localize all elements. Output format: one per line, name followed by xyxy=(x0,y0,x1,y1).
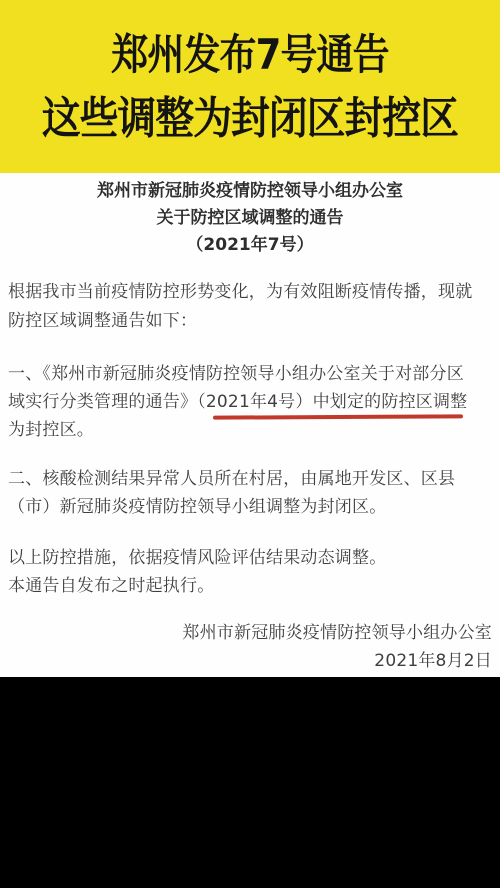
headline-line-2: 这些调整为封闭区封控区 xyxy=(30,93,470,145)
body-item1-line-1: 一、《郑州市新冠肺炎疫情防控领导小组办公室关于对部分区 xyxy=(8,363,464,385)
doc-header-org: 郑州市新冠肺炎疫情防控领导小组办公室 xyxy=(0,180,500,202)
body-intro-line-2: 防控区域调整通告如下： xyxy=(8,310,197,332)
black-footer-section xyxy=(0,677,500,888)
body-intro-line-1: 根据我市当前疫情防控形势变化，为有效阻断疫情传播，现就 xyxy=(8,281,472,303)
yellow-banner-section xyxy=(0,0,500,173)
doc-header-number: （2021年7号） xyxy=(0,234,500,256)
body-item2-line-1: 二、核酸检测结果异常人员所在村居，由属地开发区、区县 xyxy=(8,468,455,490)
body-item1-line-3: 为封控区。 xyxy=(8,419,94,441)
signature-org: 郑州市新冠肺炎疫情防控领导小组办公室 xyxy=(182,622,492,644)
body-item2-line-2: （市）新冠肺炎疫情防控领导小组调整为封闭区。 xyxy=(8,496,386,518)
body-item1-line-2: 域实行分类管理的通告》（2021年4号）中划定的防控区调整 xyxy=(8,391,467,413)
body-closing-line-2: 本通告自发布之时起执行。 xyxy=(8,575,214,597)
headline-line-1: 郑州发布7号通告 xyxy=(30,30,470,80)
signature-date: 2021年8月2日 xyxy=(374,650,492,672)
body-closing-line-1: 以上防控措施，依据疫情风险评估结果动态调整。 xyxy=(8,547,386,569)
doc-header-title: 关于防控区域调整的通告 xyxy=(0,207,500,229)
notice-poster: 郑州发布7号通告 这些调整为封闭区封控区 郑州市新冠肺炎疫情防控领导小组办公室 … xyxy=(0,0,500,888)
